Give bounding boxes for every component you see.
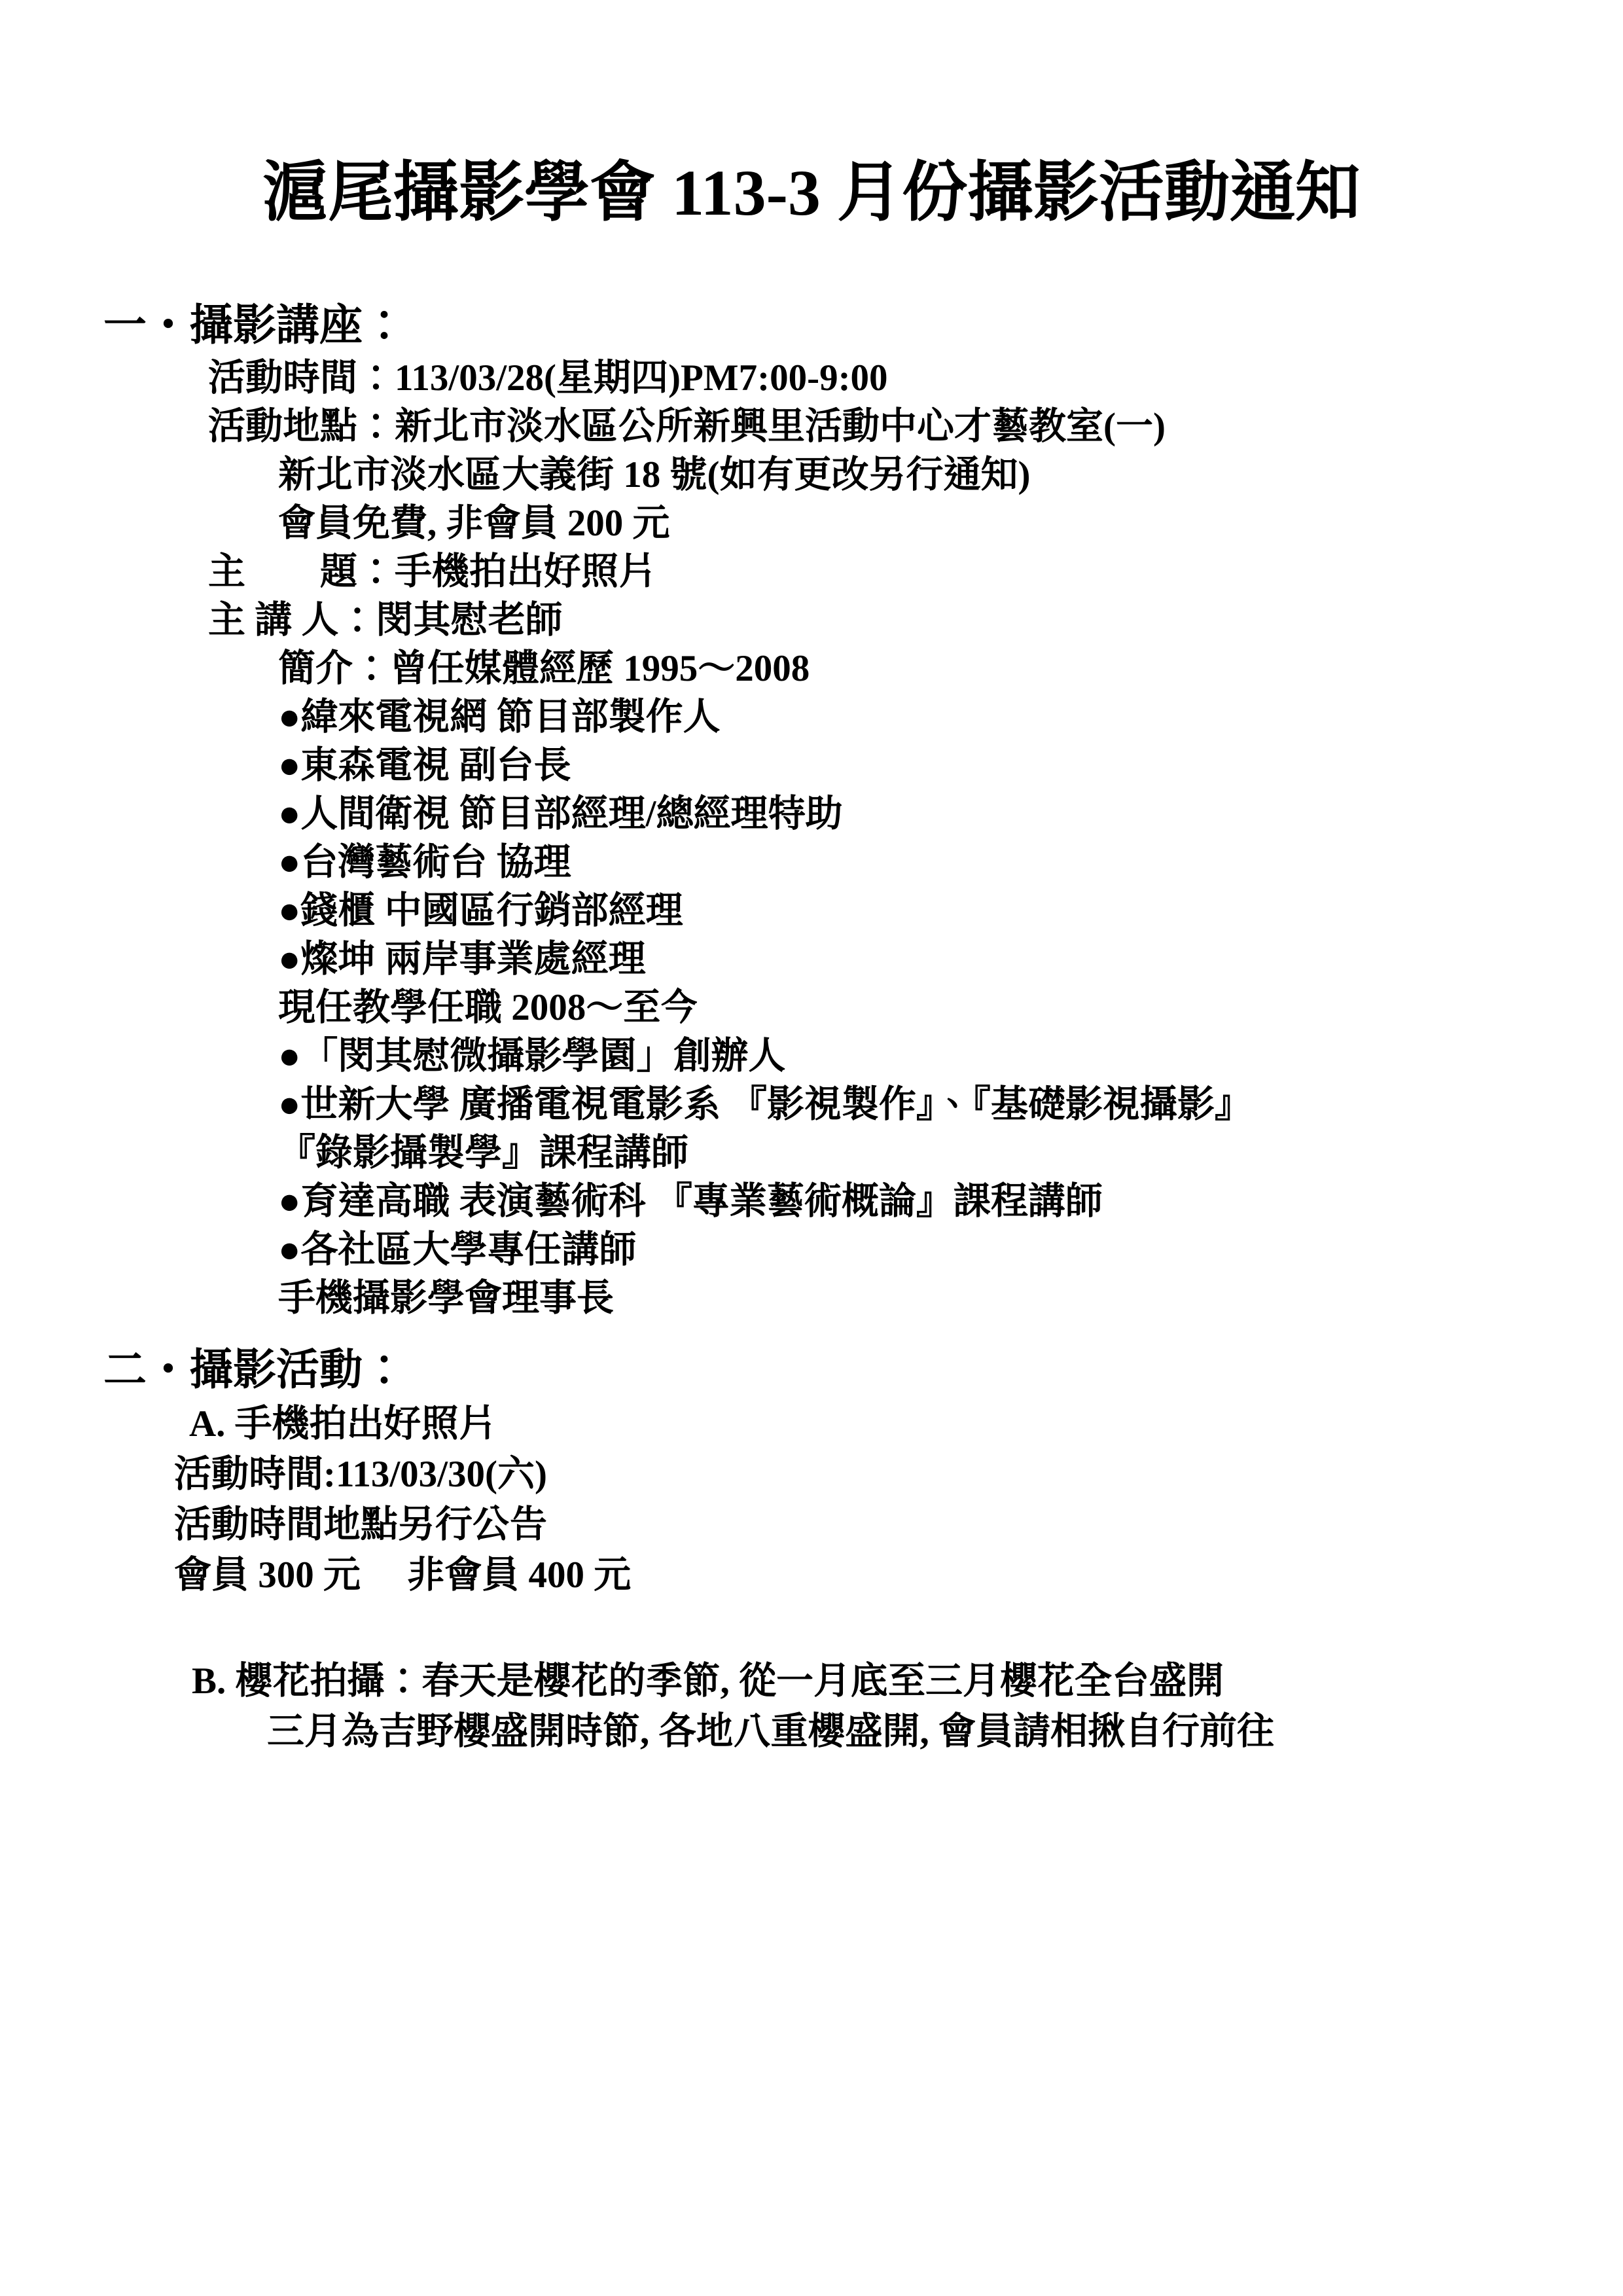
doc-line: 會員 300 元 非會員 400 元 [174, 1550, 1623, 1600]
doc-line: B. 櫻花拍攝：春天是櫻花的季節, 從一月底至三月櫻花全台盛開 [192, 1656, 1623, 1706]
section-activity-heading: 二・攝影活動： [103, 1342, 1623, 1399]
section-lecture-heading: 一・攝影講座： [103, 298, 1623, 354]
doc-line: 主 題：手機拍出好照片 [208, 548, 1623, 596]
doc-line: 現任教學任職 2008～至今 [278, 984, 1623, 1032]
section-lecture-lines: 活動時間：113/03/28(星期四)PM7:00-9:00活動地點：新北市淡水… [0, 354, 1623, 1323]
doc-line: 活動地點：新北市淡水區公所新興里活動中心才藝教室(一) [208, 403, 1623, 451]
doc-line: ●育達高職 表演藝術科 『專業藝術概論』課程講師 [278, 1177, 1623, 1226]
doc-line: 簡介：曾任媒體經歷 1995～2008 [278, 645, 1623, 693]
doc-line: ●緯來電視網 節目部製作人 [278, 693, 1623, 742]
doc-line: ●「閔其慰微攝影學園」創辦人 [278, 1032, 1623, 1081]
section-activity: 二・攝影活動： A. 手機拍出好照片活動時間:113/03/30(六)活動時間地… [0, 1342, 1623, 1757]
doc-line: 活動時間：113/03/28(星期四)PM7:00-9:00 [208, 354, 1623, 403]
doc-line: ●燦坤 兩岸事業處經理 [278, 935, 1623, 984]
doc-line: ●人間衛視 節目部經理/總經理特助 [278, 790, 1623, 838]
doc-line: 主 講 人：閔其慰老師 [208, 596, 1623, 645]
doc-line: 新北市淡水區大義街 18 號(如有更改另行通知) [278, 451, 1623, 499]
doc-line: 活動時間:113/03/30(六) [174, 1449, 1623, 1499]
doc-line: ●台灣藝術台 協理 [278, 838, 1623, 887]
doc-line: 三月為吉野櫻盛開時節, 各地八重櫻盛開, 會員請相揪自行前往 [267, 1706, 1623, 1757]
doc-line: 活動時間地點另行公告 [174, 1499, 1623, 1550]
doc-line: A. 手機拍出好照片 [189, 1399, 1623, 1449]
notice-document: 滬尾攝影學會 113-3 月份攝影活動通知 一・攝影講座： 活動時間：113/0… [0, 0, 1623, 2296]
doc-line: ●錢櫃 中國區行銷部經理 [278, 887, 1623, 935]
doc-line: 『錄影攝製學』課程講師 [278, 1129, 1623, 1177]
section-lecture: 一・攝影講座： 活動時間：113/03/28(星期四)PM7:00-9:00活動… [0, 298, 1623, 1323]
doc-line: 會員免費, 非會員 200 元 [278, 499, 1623, 548]
doc-line: ●東森電視 副台長 [278, 742, 1623, 790]
doc-line: 手機攝影學會理事長 [278, 1274, 1623, 1323]
section-activity-lines: A. 手機拍出好照片活動時間:113/03/30(六)活動時間地點另行公告會員 … [0, 1399, 1623, 1757]
doc-line: ●各社區大學專任講師 [278, 1226, 1623, 1274]
doc-line: ●世新大學 廣播電視電影系 『影視製作』、『基礎影視攝影』 [278, 1081, 1623, 1129]
page-title: 滬尾攝影學會 113-3 月份攝影活動通知 [0, 0, 1623, 232]
